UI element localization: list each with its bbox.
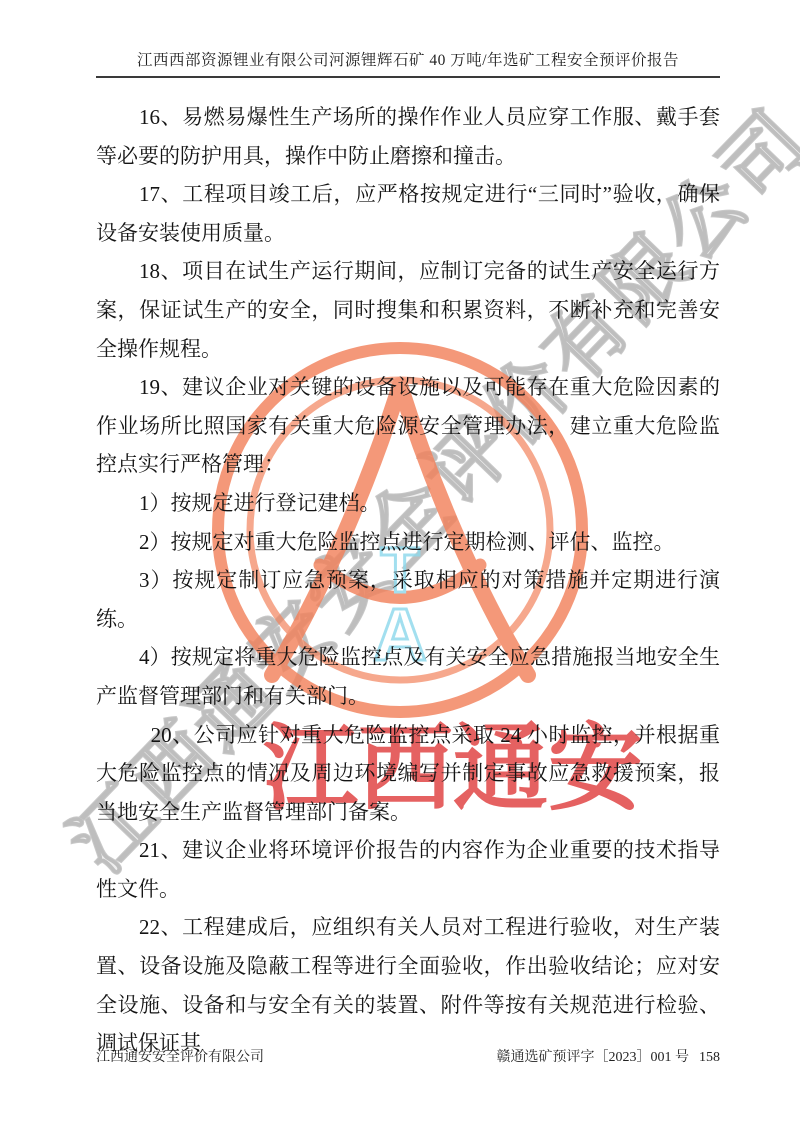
paragraph-22: 22、工程建成后，应组织有关人员对工程进行验收，对生产装置、设备设施及隐蔽工程等… [96, 908, 720, 1062]
document-body: 16、易燃易爆性生产场所的操作作业人员应穿工作服、戴手套等必要的防护用具，操作中… [96, 98, 720, 1063]
paragraph-20: 20、公司应针对重大危险监控点采取 24 小时监控，并根据重大危险监控点的情况及… [96, 716, 720, 832]
paragraph-21: 21、建议企业将环境评价报告的内容作为企业重要的技术指导性文件。 [96, 831, 720, 908]
list-item-3: 3）按规定制订应急预案，采取相应的对策措施并定期进行演练。 [96, 561, 720, 638]
header-rule [96, 76, 720, 78]
list-item-1: 1）按规定进行登记建档。 [96, 484, 720, 523]
footer-doc-number: 赣通选矿预评字［2023］001 号 [497, 1046, 690, 1066]
paragraph-16: 16、易燃易爆性生产场所的操作作业人员应穿工作服、戴手套等必要的防护用具，操作中… [96, 98, 720, 175]
list-item-2: 2）按规定对重大危险监控点进行定期检测、评估、监控。 [96, 523, 720, 562]
list-item-4: 4）按规定将重大危险监控点及有关安全应急措施报当地安全生产监督管理部门和有关部门… [96, 638, 720, 715]
paragraph-17: 17、工程项目竣工后，应严格按规定进行“三同时”验收，确保设备安装使用质量。 [96, 175, 720, 252]
paragraph-18: 18、项目在试生产运行期间，应制订完备的试生产安全运行方案，保证试生产的安全，同… [96, 252, 720, 368]
footer-company-name: 江西通安安全评价有限公司 [96, 1046, 264, 1066]
document-page: 江西通安安全评价有限公司 T A 江西通安 江西西部资源锂业有限公司河源锂辉石矿… [0, 0, 800, 1131]
footer-page-number: 158 [699, 1050, 720, 1066]
footer-right: 赣通选矿预评字［2023］001 号 158 [497, 1046, 721, 1066]
paragraph-19: 19、建议企业对关键的设备设施以及可能存在重大危险因素的作业场所比照国家有关重大… [96, 368, 720, 484]
page-header: 江西西部资源锂业有限公司河源锂辉石矿 40 万吨/年选矿工程安全预评价报告 [96, 0, 720, 78]
report-title: 江西西部资源锂业有限公司河源锂辉石矿 40 万吨/年选矿工程安全预评价报告 [96, 48, 720, 76]
page-footer: 江西通安安全评价有限公司 赣通选矿预评字［2023］001 号 158 [96, 1046, 720, 1066]
